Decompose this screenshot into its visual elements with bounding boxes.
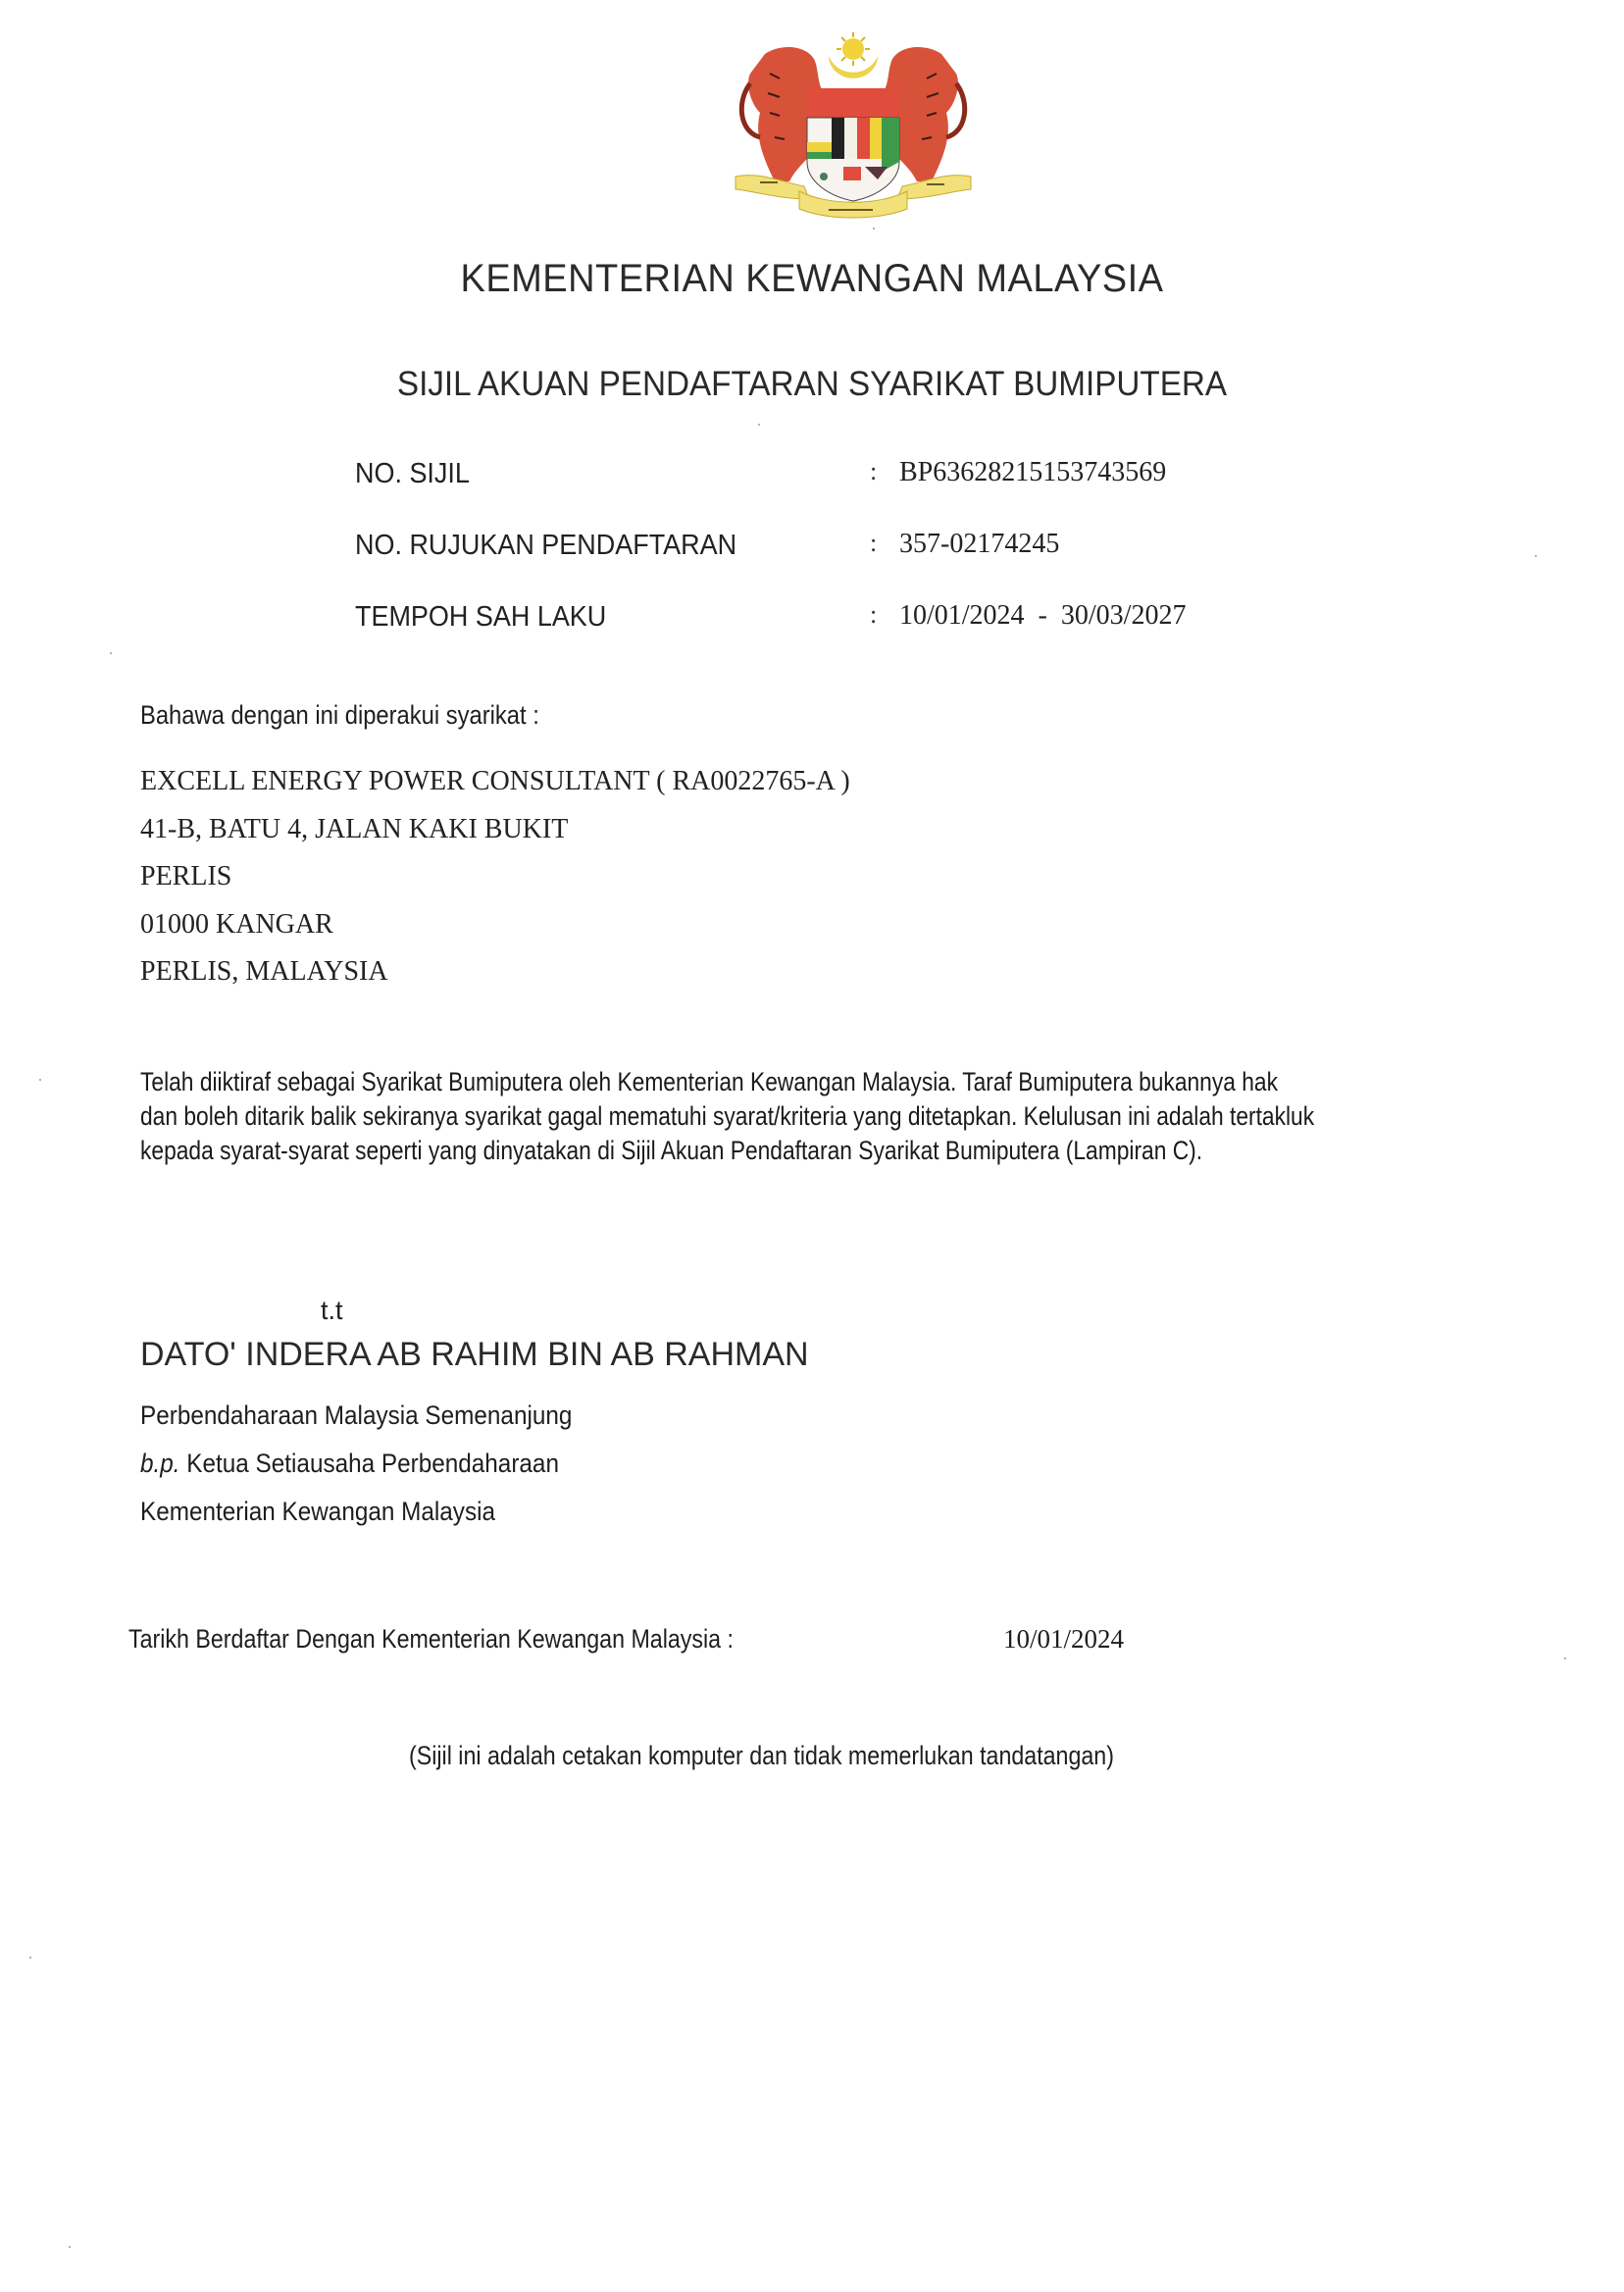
field-label-registration-ref: NO. RUJUKAN PENDAFTARAN bbox=[355, 530, 736, 562]
computer-generated-note: (Sijil ini adalah cetakan komputer dan t… bbox=[409, 1741, 1114, 1771]
ministry-heading: KEMENTERIAN KEWANGAN MALAYSIA bbox=[40, 257, 1583, 301]
company-address-line: 01000 KANGAR bbox=[140, 909, 333, 941]
scan-speck bbox=[758, 424, 760, 426]
signatory-role-text: Ketua Setiausaha Perbendaharaan bbox=[186, 1449, 559, 1478]
field-colon: : bbox=[870, 600, 877, 630]
registration-date-value: 10/01/2024 bbox=[1003, 1624, 1124, 1655]
signatory-office: Perbendaharaan Malaysia Semenanjung bbox=[140, 1401, 572, 1431]
paragraph-line: Telah diiktiraf sebagai Syarikat Bumiput… bbox=[140, 1065, 1304, 1099]
signature-tt: t.t bbox=[321, 1296, 343, 1326]
signatory-name: DATO' INDERA AB RAHIM BIN AB RAHMAN bbox=[140, 1336, 809, 1374]
recognition-paragraph: Telah diiktiraf sebagai Syarikat Bumiput… bbox=[140, 1065, 1494, 1168]
field-colon: : bbox=[870, 457, 877, 486]
certificate-title: SIJIL AKUAN PENDAFTARAN SYARIKAT BUMIPUT… bbox=[40, 365, 1583, 404]
malaysia-coat-of-arms-icon bbox=[721, 15, 986, 226]
field-label-certificate-no: NO. SIJIL bbox=[355, 458, 470, 490]
field-value-validity-period: 10/01/2024 - 30/03/2027 bbox=[899, 600, 1186, 632]
scan-speck bbox=[69, 2246, 71, 2248]
scan-speck bbox=[39, 1079, 41, 1081]
company-address-line: PERLIS, MALAYSIA bbox=[140, 956, 388, 988]
company-address-line: 41-B, BATU 4, JALAN KAKI BUKIT bbox=[140, 814, 568, 845]
on-behalf-prefix: b.p. bbox=[140, 1449, 180, 1478]
company-name: EXCELL ENERGY POWER CONSULTANT ( RA00227… bbox=[140, 766, 850, 797]
signatory-ministry: Kementerian Kewangan Malaysia bbox=[140, 1497, 495, 1527]
field-label-validity-period: TEMPOH SAH LAKU bbox=[355, 601, 606, 634]
company-address-line: PERLIS bbox=[140, 861, 231, 892]
scan-speck bbox=[110, 652, 112, 654]
field-value-registration-ref: 357-02174245 bbox=[899, 529, 1059, 560]
paragraph-line: dan boleh ditarik balik sekiranya syarik… bbox=[140, 1099, 1304, 1134]
paragraph-line: kepada syarat-syarat seperti yang dinyat… bbox=[140, 1134, 1304, 1168]
scan-speck bbox=[873, 228, 875, 229]
registration-date-label: Tarikh Berdaftar Dengan Kementerian Kewa… bbox=[128, 1624, 734, 1655]
scan-speck bbox=[1535, 555, 1537, 557]
signatory-role: b.p. Ketua Setiausaha Perbendaharaan bbox=[140, 1449, 559, 1479]
certification-intro: Bahawa dengan ini diperakui syarikat : bbox=[140, 700, 539, 731]
scan-speck bbox=[1564, 1657, 1566, 1659]
field-colon: : bbox=[870, 529, 877, 558]
field-value-certificate-no: BP63628215153743569 bbox=[899, 457, 1166, 488]
scan-speck bbox=[29, 1957, 31, 1959]
